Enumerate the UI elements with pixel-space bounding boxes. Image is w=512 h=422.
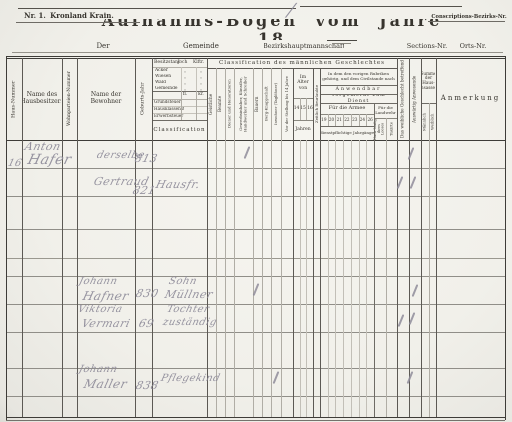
handwriting-entry: 821 <box>131 184 157 197</box>
armee-year: 23 <box>351 114 359 126</box>
landwehr-taxirte-col: Taxirte <box>386 118 398 140</box>
class-col-bauern: Bauern <box>254 69 261 139</box>
col-auswaertig-anwesende: Auswärtig Anwesende <box>409 59 421 139</box>
grid-line-v <box>293 68 294 417</box>
anwendbar-row: Anwendbar <box>320 85 397 94</box>
grid-line-v <box>409 58 410 417</box>
handwriting-entry: Sohn <box>168 276 199 287</box>
handwriting-entry: Hafner <box>81 289 130 303</box>
col-zeitlich-beurlaubte: Zeitlich Beurlaubte <box>314 69 320 139</box>
grid-line-h <box>16 22 140 23</box>
grid-line-v <box>343 114 344 126</box>
grid-line-v <box>386 118 387 417</box>
grid-line-v <box>343 140 344 417</box>
grid-line-v <box>225 68 226 417</box>
landwehr-looses-col: Nach Maßg. ihres Looses <box>374 118 386 140</box>
handwriting-entry: Tochter <box>166 304 211 315</box>
grid-line-h <box>152 120 207 121</box>
tally-tick-mark <box>244 146 250 159</box>
grid-line-h <box>6 396 505 397</box>
grid-line-v <box>359 140 360 417</box>
grid-line-v <box>328 140 329 417</box>
grid-line-h <box>293 98 313 99</box>
grid-line-v <box>152 58 153 417</box>
tally-tick-mark <box>410 176 416 189</box>
grid-line-v <box>374 103 375 417</box>
handwriting-entry: Johann <box>78 276 119 287</box>
grid-line-v <box>196 91 197 120</box>
grid-line-v <box>62 58 63 417</box>
grid-line-v <box>207 58 208 417</box>
handwriting-entry: 813 <box>133 152 159 165</box>
grid-line-h <box>320 85 397 86</box>
kr-header: kr. <box>196 92 206 98</box>
grid-line-v <box>262 68 263 417</box>
grid-line-h <box>320 126 374 127</box>
handwriting-entry: Müllner <box>163 288 214 301</box>
grid-line-v <box>196 67 197 92</box>
form-number-label: Nr. 1. <box>20 11 50 21</box>
grid-line-v <box>253 68 254 417</box>
summe-maennlich-col: Männlich <box>421 104 429 139</box>
grid-line-h <box>293 120 313 121</box>
grid-line-v <box>421 58 422 417</box>
armee-year: 26 <box>366 114 374 126</box>
alter-year: 15 <box>300 99 306 119</box>
col-geburts-jahr: Geburts-Jahr <box>136 59 151 139</box>
grid-line-h <box>300 6 462 7</box>
handwriting-entry: zuständig <box>162 317 219 328</box>
grid-line-v <box>234 68 235 417</box>
class-col-inwohner: Inwohner (Taglöhner) <box>272 69 280 139</box>
grid-line-v <box>335 140 336 417</box>
grid-line-h <box>320 103 397 104</box>
grid-line-h <box>6 417 505 418</box>
grid-line-h <box>6 420 505 421</box>
armee-year: 19 <box>320 114 328 126</box>
col-name-bewohner: Name der Bewohner <box>78 59 134 139</box>
grid-line-h <box>6 196 505 197</box>
grid-line-h <box>6 58 505 59</box>
grid-line-h <box>152 67 207 68</box>
tally-tick-mark <box>412 284 418 297</box>
grid-line-h <box>207 68 397 69</box>
grid-line-h <box>12 52 503 53</box>
grid-line-v <box>429 103 430 417</box>
steuer-row-label: Erwerbsteuer <box>154 113 184 119</box>
grid-line-h <box>6 229 505 230</box>
grid-line-v <box>366 140 367 417</box>
class-col-geistliche: Geistliche <box>208 69 215 139</box>
grid-line-v <box>306 98 307 120</box>
gemeinde-label: Gemeinde <box>180 42 222 52</box>
grid-line-v <box>505 56 506 420</box>
class-col-vor-stellung: Vor der Stellung bis 14 Jahre <box>282 69 292 139</box>
class-col-bergknappschaft: Berg-Knappschaft <box>263 69 270 139</box>
der-label: Der <box>90 42 116 52</box>
grid-line-v <box>135 58 136 417</box>
grid-line-v <box>181 67 182 92</box>
landwehr-header: Für die Landwehr <box>374 103 397 118</box>
grid-line-h <box>428 21 505 22</box>
grid-line-h <box>6 258 505 259</box>
armee-year: 20 <box>328 114 336 126</box>
handwriting-entry: / <box>285 0 297 21</box>
rubriken-title: In dem den vorigen Rubriken gehörig, und… <box>322 69 395 84</box>
tally-tick-mark <box>273 371 279 384</box>
grid-line-h <box>152 91 207 92</box>
grid-line-v <box>351 140 352 417</box>
steuer-row-label: Hausklassenst. <box>154 106 184 112</box>
col-haus-nummer: Haus-Nummer <box>7 59 22 139</box>
grid-line-v <box>22 58 23 417</box>
grid-line-v <box>306 140 307 417</box>
scanned-census-form: Nr. 1. Kronland Krain. Conscriptions-Bez… <box>0 0 512 422</box>
grid-line-v <box>281 68 282 417</box>
grid-line-v <box>77 58 78 417</box>
handwriting-entry: Hafer <box>26 152 73 168</box>
grid-line-v <box>216 68 217 417</box>
grid-line-h <box>152 99 207 100</box>
grid-line-h <box>152 113 207 114</box>
grid-line-h <box>6 168 505 169</box>
page-title: Aufnahms-Bogen vom Jahre 18 <box>96 19 448 40</box>
grid-line-v <box>181 91 182 120</box>
grid-line-h <box>18 8 296 9</box>
col-weibliches-geschlecht: Das weibliche Geschlecht betreffend <box>397 59 409 139</box>
vorgemerkt-row: Vorgemerkt zum Dienst <box>320 94 397 103</box>
classification-group-title: Classification des männlichen Geschlecht… <box>208 58 396 68</box>
grid-line-h <box>320 94 397 95</box>
handwriting-entry: Vermari <box>80 317 131 330</box>
grid-line-v <box>436 58 437 417</box>
grid-line-h <box>327 40 357 41</box>
armee-note: dienstpflichtige Jahrgänge <box>320 126 374 140</box>
grid-line-h <box>333 43 351 44</box>
grid-line-v <box>335 114 336 126</box>
armee-year: 24 <box>359 114 367 126</box>
grid-line-v <box>6 56 7 420</box>
class-col-diener: Diener und Honoratioren <box>226 69 233 139</box>
class-col-gewerbe: Gewerbsinhaber, Künstler, Handwerker und… <box>235 69 252 139</box>
grid-line-v <box>313 68 314 417</box>
handwriting-entry: Hausfr. <box>154 178 201 191</box>
grid-line-v <box>271 68 272 417</box>
armee-header: Für die Armee <box>320 103 374 114</box>
steuer-row-label: Grundsteuer <box>154 99 184 105</box>
grid-line-v <box>397 58 398 417</box>
handwriting-entry: Maller <box>82 377 128 391</box>
grid-line-v <box>300 98 301 120</box>
col-name-hausbesitzer: Name des Hausbesitzers <box>23 59 61 139</box>
grid-line-h <box>6 332 505 333</box>
grid-line-h <box>6 56 505 57</box>
handwriting-entry: 16 <box>7 158 23 169</box>
grid-line-v <box>366 114 367 126</box>
handwriting-entry: Johann <box>78 364 119 375</box>
summe-weiblich-col: Weiblich <box>429 104 437 139</box>
alter-box-bottom: Jahren <box>293 121 313 139</box>
col-wohnparteien-nummer: Wohnparteien-Nummer <box>63 59 76 139</box>
classification-label: Classification <box>152 121 207 139</box>
handwriting-entry: 830 <box>134 287 160 300</box>
grid-line-v <box>320 68 321 417</box>
grid-line-v <box>328 114 329 126</box>
armee-year: 21 <box>335 114 343 126</box>
handwriting-entry: 838 <box>134 379 160 392</box>
orts-nr-label: Orts-Nr. <box>452 42 494 52</box>
tally-tick-mark <box>398 314 404 327</box>
grid-line-v <box>359 114 360 126</box>
grid-line-h <box>152 106 207 107</box>
alter-box-top: Im Alter von <box>294 69 312 97</box>
grid-line-v <box>351 114 352 126</box>
bezirkshauptmannschaft-label: Bezirkshauptmannschaft <box>264 42 344 52</box>
handwriting-entry: Pflegekind <box>160 373 222 384</box>
summe-title: Summe der Haus-Insassen <box>422 60 435 102</box>
class-col-beamte: Beamte <box>217 69 224 139</box>
sections-nr-label: Sections-Nr. <box>405 42 449 52</box>
handwriting-entry: Viktoria <box>77 304 124 315</box>
grid-line-v <box>300 140 301 417</box>
armee-year: 22 <box>343 114 351 126</box>
col-anmerkung: Anmerkung <box>436 58 505 140</box>
grid-line-h <box>6 140 505 141</box>
